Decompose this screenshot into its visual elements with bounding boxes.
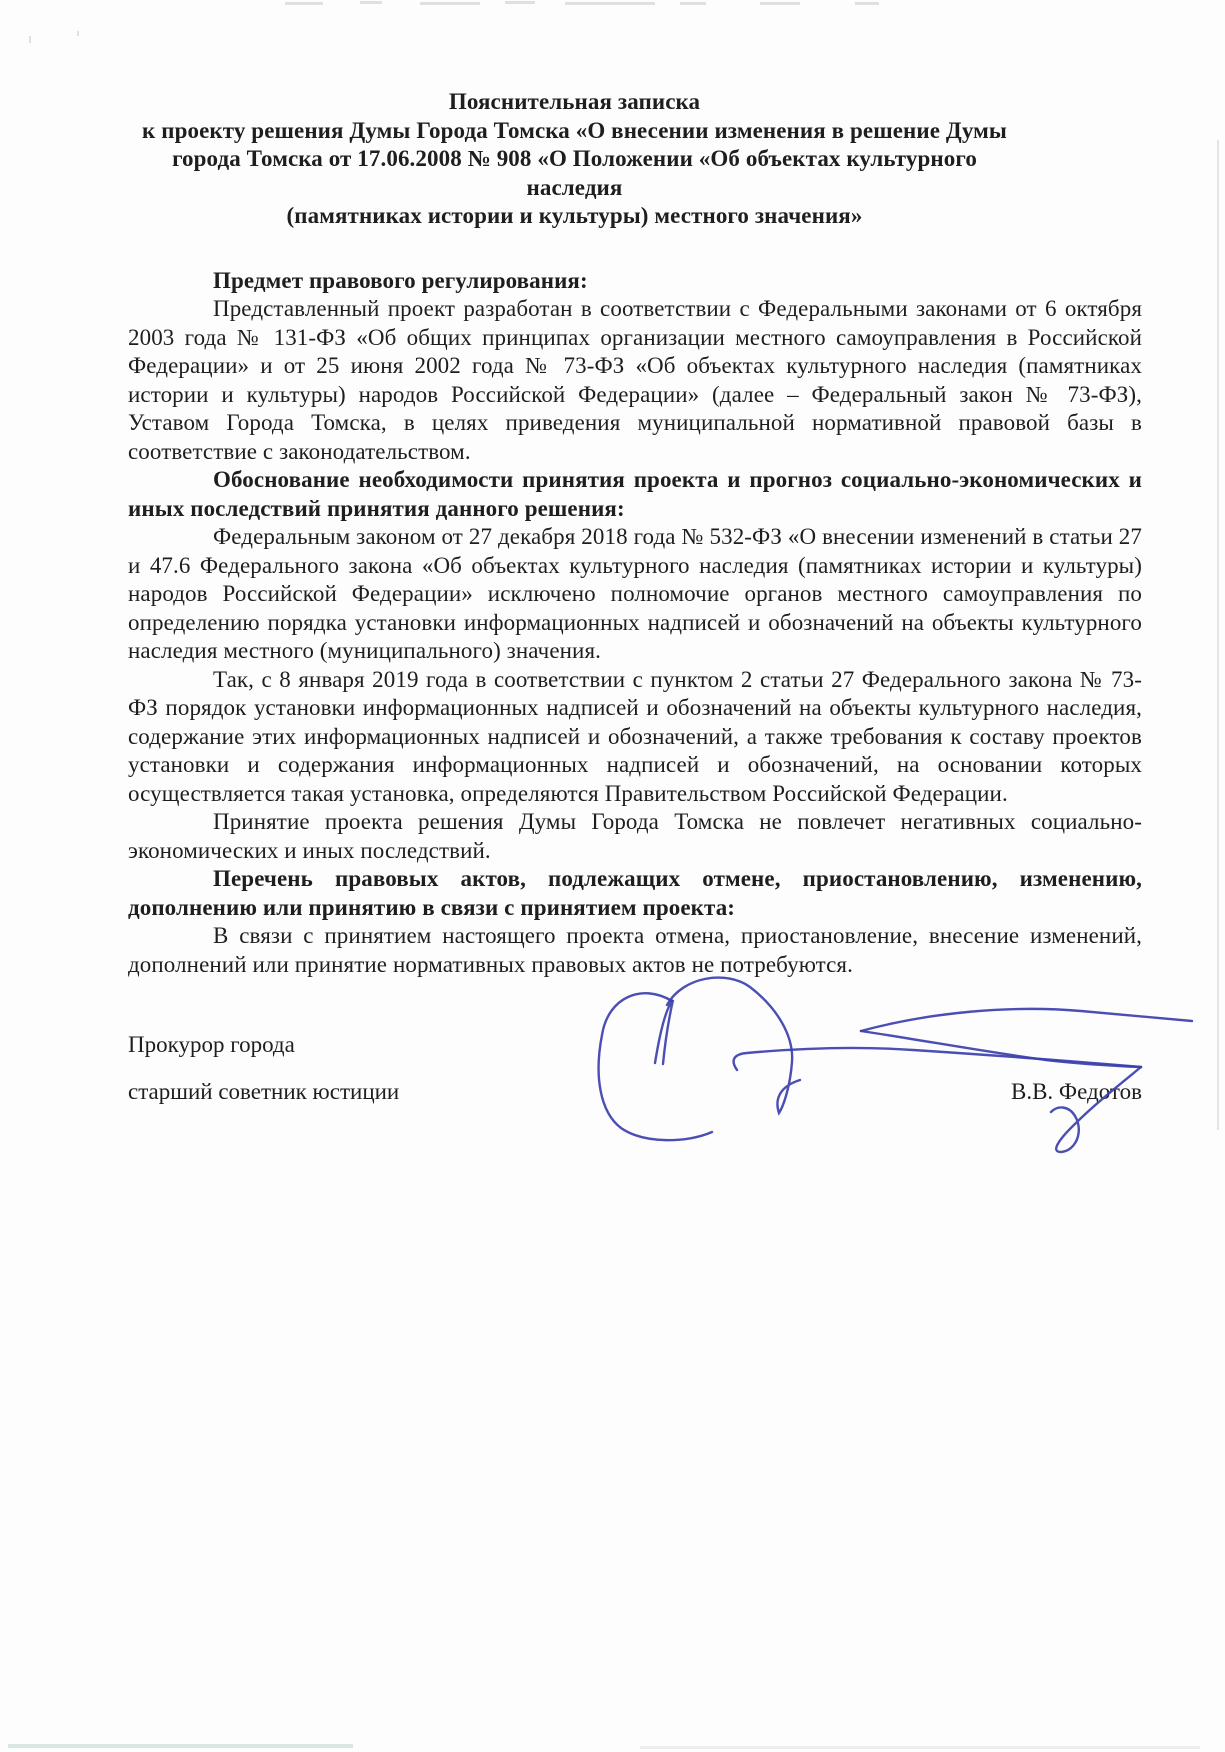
scan-artifact bbox=[680, 2, 706, 5]
signature-row-2: старший советник юстиции В.В. Федотов bbox=[128, 1078, 1142, 1107]
section-heading-subject: Предмет правового регулирования: bbox=[128, 267, 1142, 296]
scan-artifact-bottom-smudge bbox=[640, 1746, 1200, 1749]
signature-block: Прокурор города старший советник юстиции… bbox=[128, 1031, 1142, 1106]
scan-artifact bbox=[565, 2, 655, 5]
paragraph-acts-1: В связи с принятием настоящего проекта о… bbox=[128, 922, 1142, 979]
section-heading-justification: Обоснование необходимости принятия проек… bbox=[128, 466, 1142, 523]
scan-artifact-bottom-edge bbox=[8, 1744, 353, 1748]
scan-artifact-right-edge bbox=[1217, 140, 1219, 1130]
section-heading-acts-list: Перечень правовых актов, подлежащих отме… bbox=[128, 865, 1142, 922]
signer-position-line1: Прокурор города bbox=[128, 1031, 295, 1060]
signature-row-1: Прокурор города bbox=[128, 1031, 1142, 1060]
scan-artifact bbox=[29, 36, 31, 43]
paragraph-justification-2: Так, с 8 января 2019 года в соответствии… bbox=[128, 666, 1142, 809]
scan-artifact bbox=[855, 2, 879, 5]
scan-artifact bbox=[505, 1, 535, 4]
document-text: Предмет правового регулирования: Предста… bbox=[128, 267, 1142, 980]
document-title: Пояснительная записка к проекту решения … bbox=[128, 88, 1021, 231]
paragraph-subject-1: Представленный проект разработан в соотв… bbox=[128, 295, 1142, 466]
scan-artifact bbox=[360, 1, 382, 4]
scan-artifact bbox=[77, 31, 79, 36]
paragraph-justification-1: Федеральным законом от 27 декабря 2018 г… bbox=[128, 523, 1142, 666]
scan-artifact bbox=[760, 2, 800, 5]
scanned-document-page: Пояснительная записка к проекту решения … bbox=[0, 0, 1225, 1752]
scan-artifact bbox=[420, 2, 480, 5]
document-body: Пояснительная записка к проекту решения … bbox=[128, 88, 1142, 1106]
signer-name: В.В. Федотов bbox=[1011, 1078, 1142, 1107]
scan-artifact bbox=[285, 2, 323, 5]
paragraph-justification-3: Принятие проекта решения Думы Города Том… bbox=[128, 808, 1142, 865]
signer-position-line2: старший советник юстиции bbox=[128, 1078, 399, 1107]
